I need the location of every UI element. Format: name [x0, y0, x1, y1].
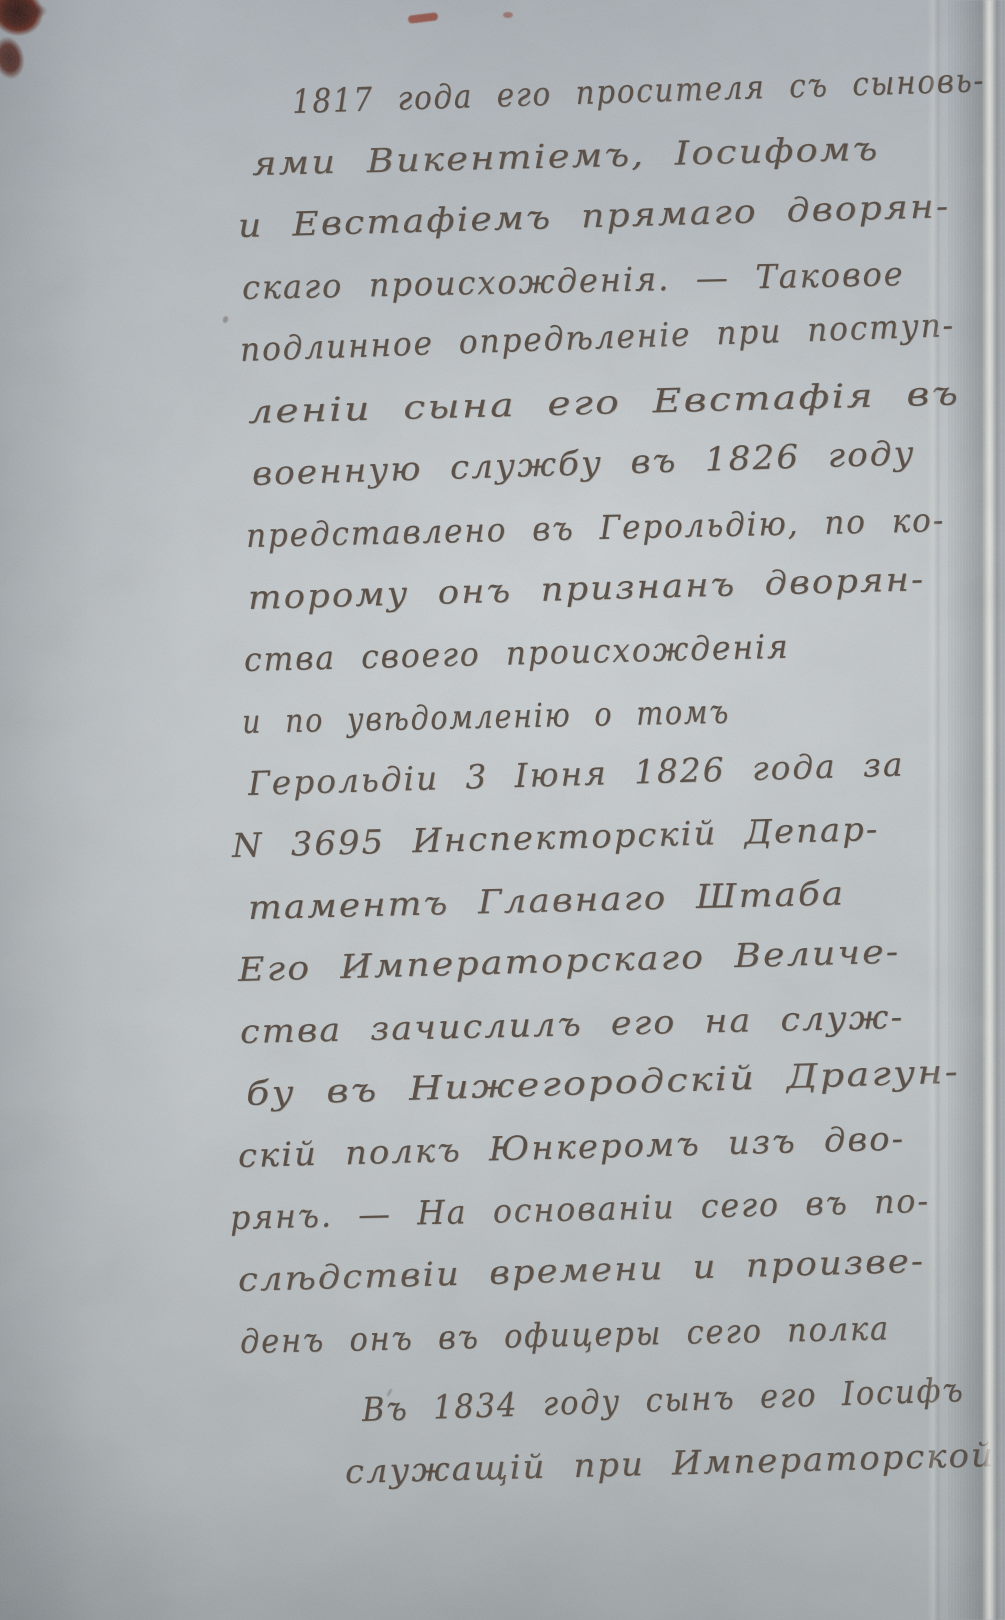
manuscript-line: Герольдіи 3 Іюня 1826 года за: [247, 745, 905, 804]
manuscript-line: Въ 1834 году сынъ его Іосифъ: [361, 1370, 965, 1430]
page-fold-edge: [947, 0, 1005, 1620]
manuscript-line: рянъ. — На основаніи сего въ по-: [230, 1181, 931, 1238]
manuscript-line: ями Викентіемъ, Іосифомъ: [252, 129, 880, 184]
manuscript-line: N 3695 Инспекторскій Депар-: [231, 809, 879, 866]
manuscript-line: служащій при Императорской: [344, 1435, 995, 1492]
manuscript-line: и Евстафіемъ прямаго дворян-: [237, 186, 950, 246]
manuscript-line: ства зачислилъ его на служ-: [240, 997, 905, 1052]
manuscript-line: подлинное опредѣленіе при поступ-: [239, 305, 955, 370]
manuscript-text: 1817 года его просителя съ сыновь-ями Ви…: [0, 0, 1005, 1620]
manuscript-line: денъ онъ въ офицеры сего полка: [240, 1308, 891, 1362]
paper-crease: [927, 0, 941, 1620]
manuscript-line: представлено въ Герольдію, по ко-: [246, 500, 946, 556]
manuscript-line: слѣдствіи времени и произве-: [237, 1241, 925, 1300]
manuscript-line: ства своего происхожденія: [244, 627, 791, 680]
manuscript-line: Его Императорскаго Величе-: [237, 932, 900, 990]
red-pigment-speck: [503, 12, 513, 18]
manuscript-page: 1817 года его просителя съ сыновь-ями Ви…: [0, 0, 1005, 1620]
manuscript-line: леніи сына его Евстафія въ: [247, 373, 960, 432]
manuscript-line: скій полкъ Юнкеромъ изъ дво-: [237, 1119, 905, 1176]
manuscript-line: военную службу въ 1826 году: [251, 433, 916, 494]
manuscript-line: бу въ Нижегородскій Драгун-: [245, 1052, 960, 1114]
manuscript-line: торому онъ признанъ дворян-: [247, 559, 925, 618]
manuscript-line: 1817 года его просителя съ сыновь-: [291, 60, 985, 122]
manuscript-line: скаго происхожденія. — Таковое: [242, 254, 905, 308]
ink-speck: [352, 966, 356, 972]
manuscript-line: таментъ Главнаго Штаба: [248, 873, 846, 928]
manuscript-line: и по увѣдомленію о томъ: [242, 692, 731, 742]
